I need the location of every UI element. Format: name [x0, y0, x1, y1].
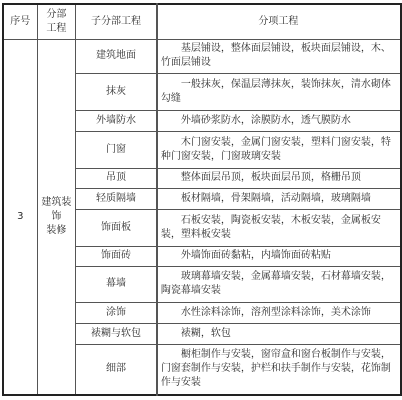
- sub-division-cell: 细部: [76, 344, 157, 395]
- sub-division-cell: 轻质隔墙: [76, 188, 157, 209]
- items-cell: 水性涂料涂饰，溶剂型涂料涂饰，美术涂饰: [157, 302, 401, 323]
- sub-division-cell: 建筑地面: [76, 39, 157, 73]
- items-cell: 裱糊，软包: [157, 323, 401, 344]
- items-text: 板材隔墙，骨架隔墙，活动隔墙，玻璃隔墙: [181, 193, 371, 204]
- items-text: 整体面层吊顶，板块面层吊顶，格栅吊顶: [181, 172, 361, 183]
- items-cell: 外墙砂浆防水，涂膜防水，透气膜防水: [157, 110, 401, 131]
- header-row: 序号 分部 工程 子分部工程 分项工程: [3, 4, 401, 39]
- engineering-division-table: 序号 分部 工程 子分部工程 分项工程 3建筑装饰装修建筑地面基层铺设，整体面层…: [2, 3, 402, 396]
- sub-division-cell: 涂饰: [76, 302, 157, 323]
- items-text: 裱糊，软包: [181, 328, 231, 339]
- sub-division-cell: 裱糊与软包: [76, 323, 157, 344]
- header-division: 分部 工程: [37, 4, 76, 39]
- items-text: 外墙饰面砖黏粘，内墙饰面砖粘贴: [181, 250, 331, 261]
- items-text: 外墙砂浆防水，涂膜防水，透气膜防水: [181, 115, 351, 126]
- division-line: 装修: [38, 224, 76, 238]
- items-cell: 木门窗安装，金属门窗安装，塑料门窗安装，特种门窗安装，门窗玻璃安装: [157, 131, 401, 168]
- items-cell: 一般抹灰，保温层薄抹灰，装饰抹灰，清水砌体勾缝: [157, 73, 401, 110]
- division-line: 建筑装: [38, 196, 76, 210]
- seq-no-cell: 3: [3, 39, 37, 395]
- items-cell: 外墙饰面砖黏粘，内墙饰面砖粘贴: [157, 246, 401, 266]
- table-body: 3建筑装饰装修建筑地面基层铺设，整体面层铺设，板块面层铺设，木、竹面层铺设抹灰一…: [3, 39, 401, 395]
- items-text: 橱柜制作与安装，窗帘盒和窗台板制作与安装，门窗套制作与安装，护栏和扶手制作与安装…: [161, 349, 391, 388]
- items-text: 玻璃幕墙安装，金属幕墙安装，石材幕墙安装，陶瓷幕墙安装: [161, 271, 391, 296]
- header-sub-division: 子分部工程: [76, 4, 157, 39]
- items-cell: 橱柜制作与安装，窗帘盒和窗台板制作与安装，门窗套制作与安装，护栏和扶手制作与安装…: [157, 344, 401, 395]
- items-text: 石板安装，陶瓷板安装，木板安装，金属板安装，塑料板安装: [161, 215, 381, 240]
- items-cell: 整体面层吊顶，板块面层吊顶，格栅吊顶: [157, 168, 401, 188]
- sub-division-cell: 幕墙: [76, 266, 157, 302]
- items-text: 基层铺设，整体面层铺设，板块面层铺设，木、竹面层铺设: [161, 43, 391, 68]
- table-row: 3建筑装饰装修建筑地面基层铺设，整体面层铺设，板块面层铺设，木、竹面层铺设: [3, 39, 401, 73]
- sub-division-cell: 门窗: [76, 131, 157, 168]
- division-line: 饰: [38, 210, 76, 224]
- header-seq-no: 序号: [3, 4, 37, 39]
- items-cell: 石板安装，陶瓷板安装，木板安装，金属板安装，塑料板安装: [157, 209, 401, 246]
- header-division-line-1: 分部: [38, 8, 76, 22]
- items-text: 水性涂料涂饰，溶剂型涂料涂饰，美术涂饰: [181, 307, 371, 318]
- header-division-line-2: 工程: [38, 22, 76, 36]
- items-cell: 基层铺设，整体面层铺设，板块面层铺设，木、竹面层铺设: [157, 39, 401, 73]
- sub-division-cell: 外墙防水: [76, 110, 157, 131]
- sub-division-cell: 抹灰: [76, 73, 157, 110]
- division-cell: 建筑装饰装修: [37, 39, 76, 395]
- items-cell: 板材隔墙，骨架隔墙，活动隔墙，玻璃隔墙: [157, 188, 401, 209]
- header-items: 分项工程: [157, 4, 401, 39]
- items-text: 木门窗安装，金属门窗安装，塑料门窗安装，特种门窗安装，门窗玻璃安装: [161, 137, 391, 162]
- items-text: 一般抹灰，保温层薄抹灰，装饰抹灰，清水砌体勾缝: [161, 79, 391, 104]
- sub-division-cell: 饰面板: [76, 209, 157, 246]
- sub-division-cell: 吊顶: [76, 168, 157, 188]
- sub-division-cell: 饰面砖: [76, 246, 157, 266]
- items-cell: 玻璃幕墙安装，金属幕墙安装，石材幕墙安装，陶瓷幕墙安装: [157, 266, 401, 302]
